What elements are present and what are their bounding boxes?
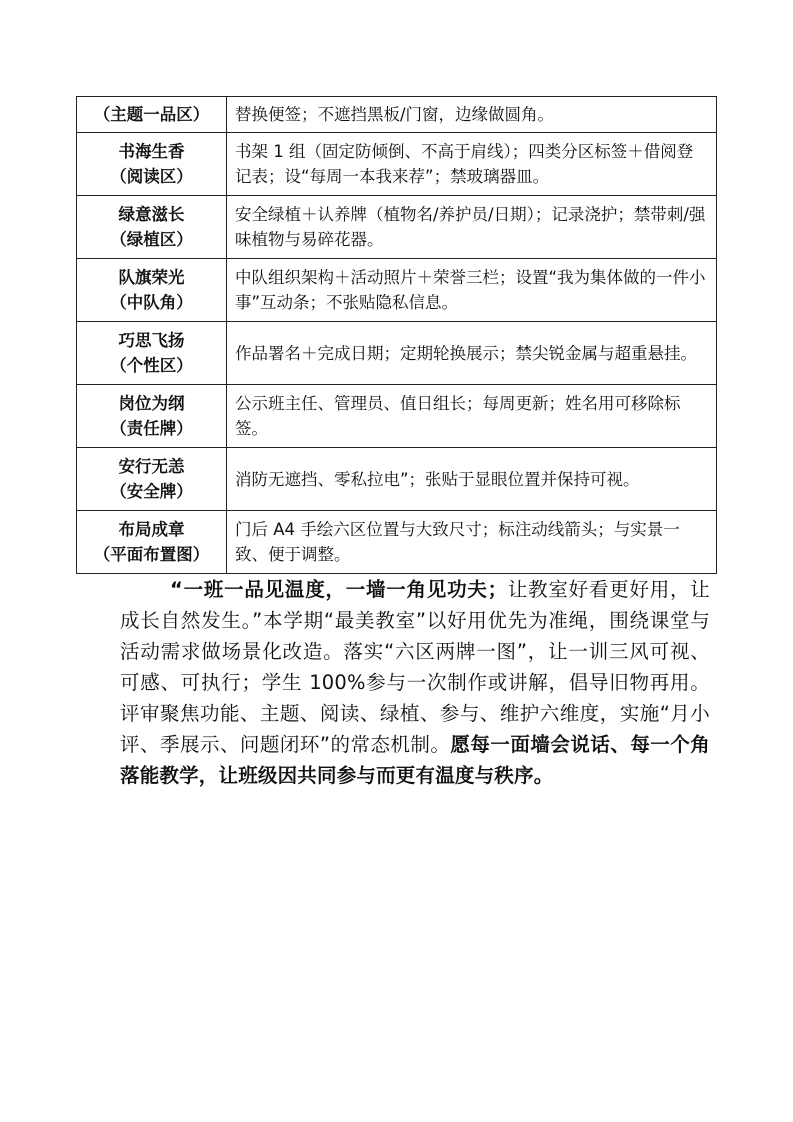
zone-subtitle: （平面布置图） [85, 542, 218, 567]
zone-subtitle: （主题一品区） [85, 102, 218, 127]
zone-title: 绿意滋长 [85, 202, 218, 227]
zone-subtitle: （阅读区） [85, 164, 218, 189]
table-row: 绿意滋长 （绿植区） 安全绿植＋认养牌（植物名/养护员/日期）；记录浇护；禁带刺… [77, 196, 717, 259]
zone-description: 替换便签；不遮挡黑板/门窗，边缘做圆角。 [227, 97, 717, 133]
zone-name-cell: 绿意滋长 （绿植区） [77, 196, 227, 259]
zone-title: 巧思飞扬 [85, 328, 218, 353]
zone-description: 作品署名＋完成日期；定期轮换展示；禁尖锐金属与超重悬挂。 [227, 322, 717, 385]
classroom-zones-table: （主题一品区） 替换便签；不遮挡黑板/门窗，边缘做圆角。 书海生香 （阅读区） … [76, 96, 717, 574]
table-row: 岗位为纲 （责任牌） 公示班主任、管理员、值日组长；每周更新；姓名用可移除标签。 [77, 385, 717, 448]
summary-paragraph: “一班一品见温度，一墙一角见功夫；让教室好看更好用，让成长自然发生。”本学期“最… [120, 574, 710, 791]
zone-name-cell: 安行无恙 （安全牌） [77, 448, 227, 511]
table-row: 书海生香 （阅读区） 书架 1 组（固定防倾倒、不高于肩线）；四类分区标签＋借阅… [77, 133, 717, 196]
zone-name-cell: （主题一品区） [77, 97, 227, 133]
zone-description: 安全绿植＋认养牌（植物名/养护员/日期）；记录浇护；禁带刺/强味植物与易碎花器。 [227, 196, 717, 259]
zone-subtitle: （责任牌） [85, 416, 218, 441]
zone-title: 岗位为纲 [85, 391, 218, 416]
zone-title: 队旗荣光 [85, 265, 218, 290]
table-row: 安行无恙 （安全牌） 消防无遮挡、零私拉电”；张贴于显眼位置并保持可视。 [77, 448, 717, 511]
zone-title: 布局成章 [85, 517, 218, 542]
zone-subtitle: （中队角） [85, 290, 218, 315]
zone-subtitle: （绿植区） [85, 227, 218, 252]
table-row: （主题一品区） 替换便签；不遮挡黑板/门窗，边缘做圆角。 [77, 97, 717, 133]
zone-description: 门后 A4 手绘六区位置与大致尺寸；标注动线箭头；与实景一致、便于调整。 [227, 511, 717, 574]
zone-name-cell: 书海生香 （阅读区） [77, 133, 227, 196]
zone-title: 书海生香 [85, 139, 218, 164]
zone-name-cell: 岗位为纲 （责任牌） [77, 385, 227, 448]
summary-lead-slogan: “一班一品见温度，一墙一角见功夫； [170, 578, 507, 601]
document-page: （主题一品区） 替换便签；不遮挡黑板/门窗，边缘做圆角。 书海生香 （阅读区） … [0, 0, 793, 1122]
zone-title: 安行无恙 [85, 454, 218, 479]
table-row: 巧思飞扬 （个性区） 作品署名＋完成日期；定期轮换展示；禁尖锐金属与超重悬挂。 [77, 322, 717, 385]
table-row: 队旗荣光 （中队角） 中队组织架构＋活动照片＋荣誉三栏；设置“我为集体做的一件小… [77, 259, 717, 322]
zone-name-cell: 队旗荣光 （中队角） [77, 259, 227, 322]
summary-body-text: 让教室好看更好用，让成长自然发生。”本学期“最美教室”以好用优先为准绳，围绕课堂… [120, 578, 710, 756]
table-row: 布局成章 （平面布置图） 门后 A4 手绘六区位置与大致尺寸；标注动线箭头；与实… [77, 511, 717, 574]
zone-name-cell: 布局成章 （平面布置图） [77, 511, 227, 574]
zone-description: 中队组织架构＋活动照片＋荣誉三栏；设置“我为集体做的一件小事”互动条；不张贴隐私… [227, 259, 717, 322]
zone-subtitle: （个性区） [85, 353, 218, 378]
zone-description: 消防无遮挡、零私拉电”；张贴于显眼位置并保持可视。 [227, 448, 717, 511]
zone-description: 书架 1 组（固定防倾倒、不高于肩线）；四类分区标签＋借阅登记表；设“每周一本我… [227, 133, 717, 196]
zone-name-cell: 巧思飞扬 （个性区） [77, 322, 227, 385]
zone-subtitle: （安全牌） [85, 479, 218, 504]
zone-description: 公示班主任、管理员、值日组长；每周更新；姓名用可移除标签。 [227, 385, 717, 448]
